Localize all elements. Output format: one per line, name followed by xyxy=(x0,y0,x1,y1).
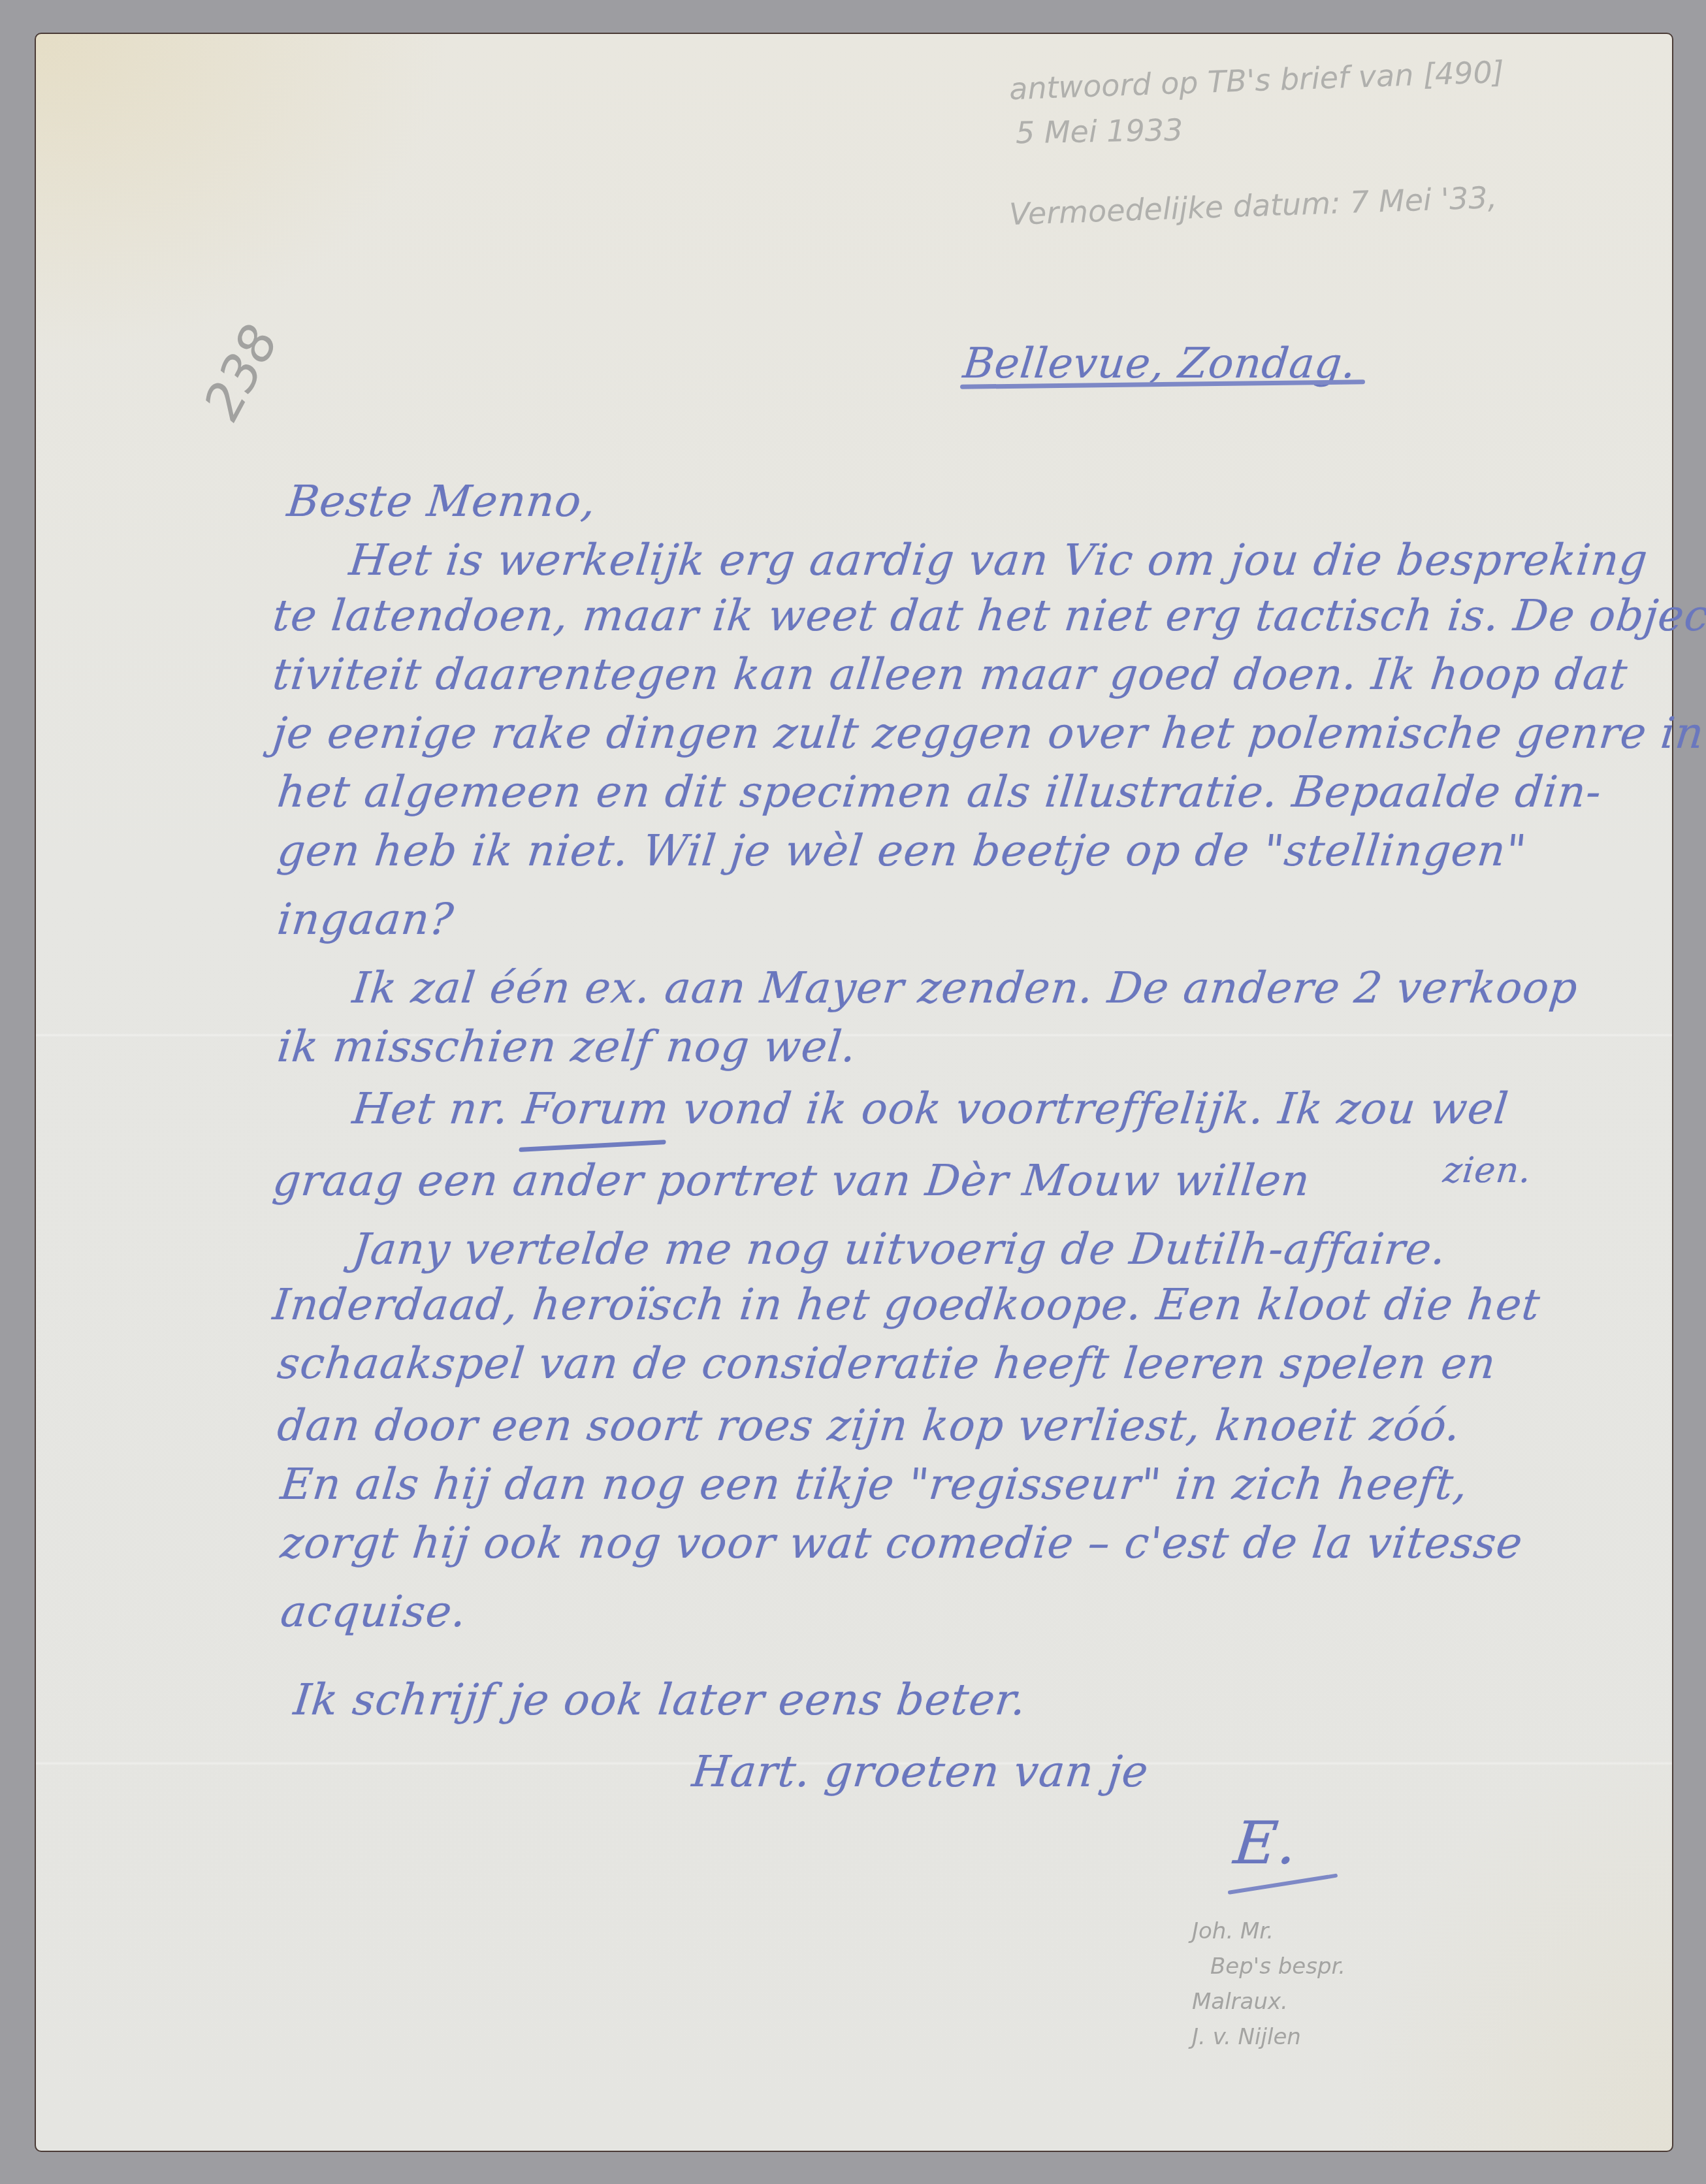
pencil-note-item: Joh. Mr. xyxy=(1192,1914,1345,1949)
letter-line: Jany vertelde me nog uitvoerig de Dutilh… xyxy=(351,1228,1449,1271)
forum-title-text: Forum xyxy=(521,1084,672,1134)
letter-line: te latendoen, maar ik weet dat het niet … xyxy=(271,594,1706,637)
letter-line: Ik schrijf je ook later eens beter. xyxy=(292,1678,1029,1722)
pencil-note-item: Malraux. xyxy=(1192,1984,1345,2019)
letter-line: zorgt hij ook nog voor wat comedie – c'e… xyxy=(279,1522,1525,1565)
pencil-notes: Joh. Mr. Bep's bespr. Malraux. J. v. Nij… xyxy=(1192,1914,1345,2055)
letter-line: het algemeen en dit specimen als illustr… xyxy=(276,771,1604,814)
letter-line: graag een ander portret van Dèr Mouw wil… xyxy=(271,1159,1312,1202)
archive-note-date: 5 Mei 1933 xyxy=(1016,115,1183,148)
letter-line-forum: Het nr. Forum vond ik ook voortreffelijk… xyxy=(351,1087,1511,1131)
forum-line-before: Het nr. xyxy=(350,1084,526,1134)
letter-line: ingaan? xyxy=(276,898,456,941)
letter-line: Inderdaad, heroïsch in het goedkoope. Ee… xyxy=(271,1283,1543,1326)
letter-line: Het is werkelijk erg aardig van Vic om j… xyxy=(347,539,1650,582)
salutation: Beste Menno, xyxy=(285,480,598,523)
letter-line: ik misschien zelf nog wel. xyxy=(276,1025,859,1068)
letter-line: dan door een soort roes zijn kop verlies… xyxy=(276,1404,1463,1447)
letter-line: schaakspel van de consideratie heeft lee… xyxy=(276,1342,1498,1385)
pencil-note-item: J. v. Nijlen xyxy=(1192,2019,1345,2055)
letter-line: je eenige rake dingen zult zeggen over h… xyxy=(271,712,1706,755)
letter-line: tiviteit daarentegen kan alleen maar goe… xyxy=(271,653,1630,696)
forum-title: Forum xyxy=(521,1084,672,1134)
forum-line-after: vond ik ook voortreffelijk. Ik zou wel xyxy=(666,1084,1511,1134)
letter-line: Ik zal één ex. aan Mayer zenden. De ande… xyxy=(351,967,1580,1010)
letter-line: En als hij dan nog een tikje "regisseur"… xyxy=(279,1463,1470,1506)
signature: E. xyxy=(1231,1809,1300,1878)
superscript-word: zien. xyxy=(1441,1149,1534,1191)
letter-line: acquise. xyxy=(279,1590,469,1633)
pencil-note-item: Bep's bespr. xyxy=(1192,1949,1345,1984)
letter-line: gen heb ik niet. Wil je wèl een beetje o… xyxy=(276,829,1529,873)
closing: Hart. groeten van je xyxy=(690,1750,1151,1793)
